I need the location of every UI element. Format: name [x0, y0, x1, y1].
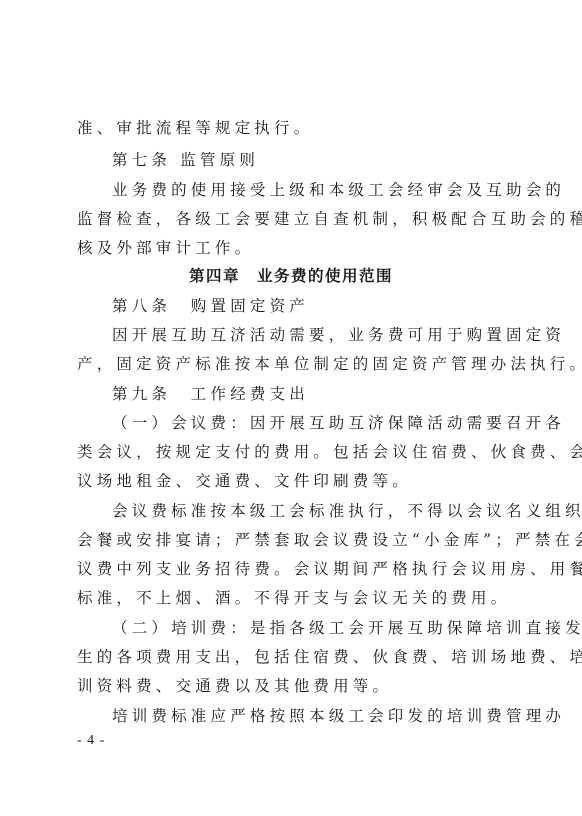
- paragraph-line: 训资料费、交通费以及其他费用等。: [77, 676, 517, 696]
- paragraph-line: 核及外部审计工作。: [77, 238, 517, 258]
- paragraph-line: 准、审批流程等规定执行。: [77, 118, 517, 138]
- page-number: - 4 -: [77, 733, 105, 749]
- paragraph-line: 会餐或安排宴请；严禁套取会议费设立“小金库”；严禁在会: [77, 530, 517, 550]
- article-heading-8: 第八条 购置固定资产: [112, 296, 517, 316]
- chapter-title: 第四章 业务费的使用范围: [0, 266, 582, 286]
- paragraph-line: 产，固定资产标准按本单位制定的固定资产管理办法执行。: [77, 354, 517, 374]
- paragraph-line: 培训费标准应严格按照本级工会印发的培训费管理办: [112, 706, 517, 726]
- paragraph-line: 标准，不上烟、酒。不得开支与会议无关的费用。: [77, 588, 517, 608]
- document-page: 准、审批流程等规定执行。 第七条 监管原则 业务费的使用接受上级和本级工会经审会…: [0, 0, 582, 816]
- paragraph-line: 类会议，按规定支付的费用。包括会议住宿费、伙食费、会: [77, 442, 517, 462]
- paragraph-line: 会议费标准按本级工会标准执行，不得以会议名义组织: [112, 501, 517, 521]
- paragraph-line: 议费中列支业务招待费。会议期间严格执行会议用房、用餐: [77, 559, 517, 579]
- paragraph-line: 监督检查，各级工会要建立自查机制，积极配合互助会的稽: [77, 209, 517, 229]
- article-heading-9: 第九条 工作经费支出: [112, 384, 517, 404]
- paragraph-line: （一）会议费：因开展互助互济保障活动需要召开各: [112, 413, 517, 433]
- paragraph-line: 业务费的使用接受上级和本级工会经审会及互助会的: [112, 180, 517, 200]
- paragraph-line: 议场地租金、交通费、文件印刷费等。: [77, 471, 517, 491]
- article-heading-7: 第七条 监管原则: [112, 150, 517, 170]
- paragraph-line: 因开展互助互济活动需要，业务费可用于购置固定资: [112, 325, 517, 345]
- paragraph-line: （二）培训费：是指各级工会开展互助保障培训直接发: [112, 618, 517, 638]
- paragraph-line: 生的各项费用支出，包括住宿费、伙食费、培训场地费、培: [77, 647, 517, 667]
